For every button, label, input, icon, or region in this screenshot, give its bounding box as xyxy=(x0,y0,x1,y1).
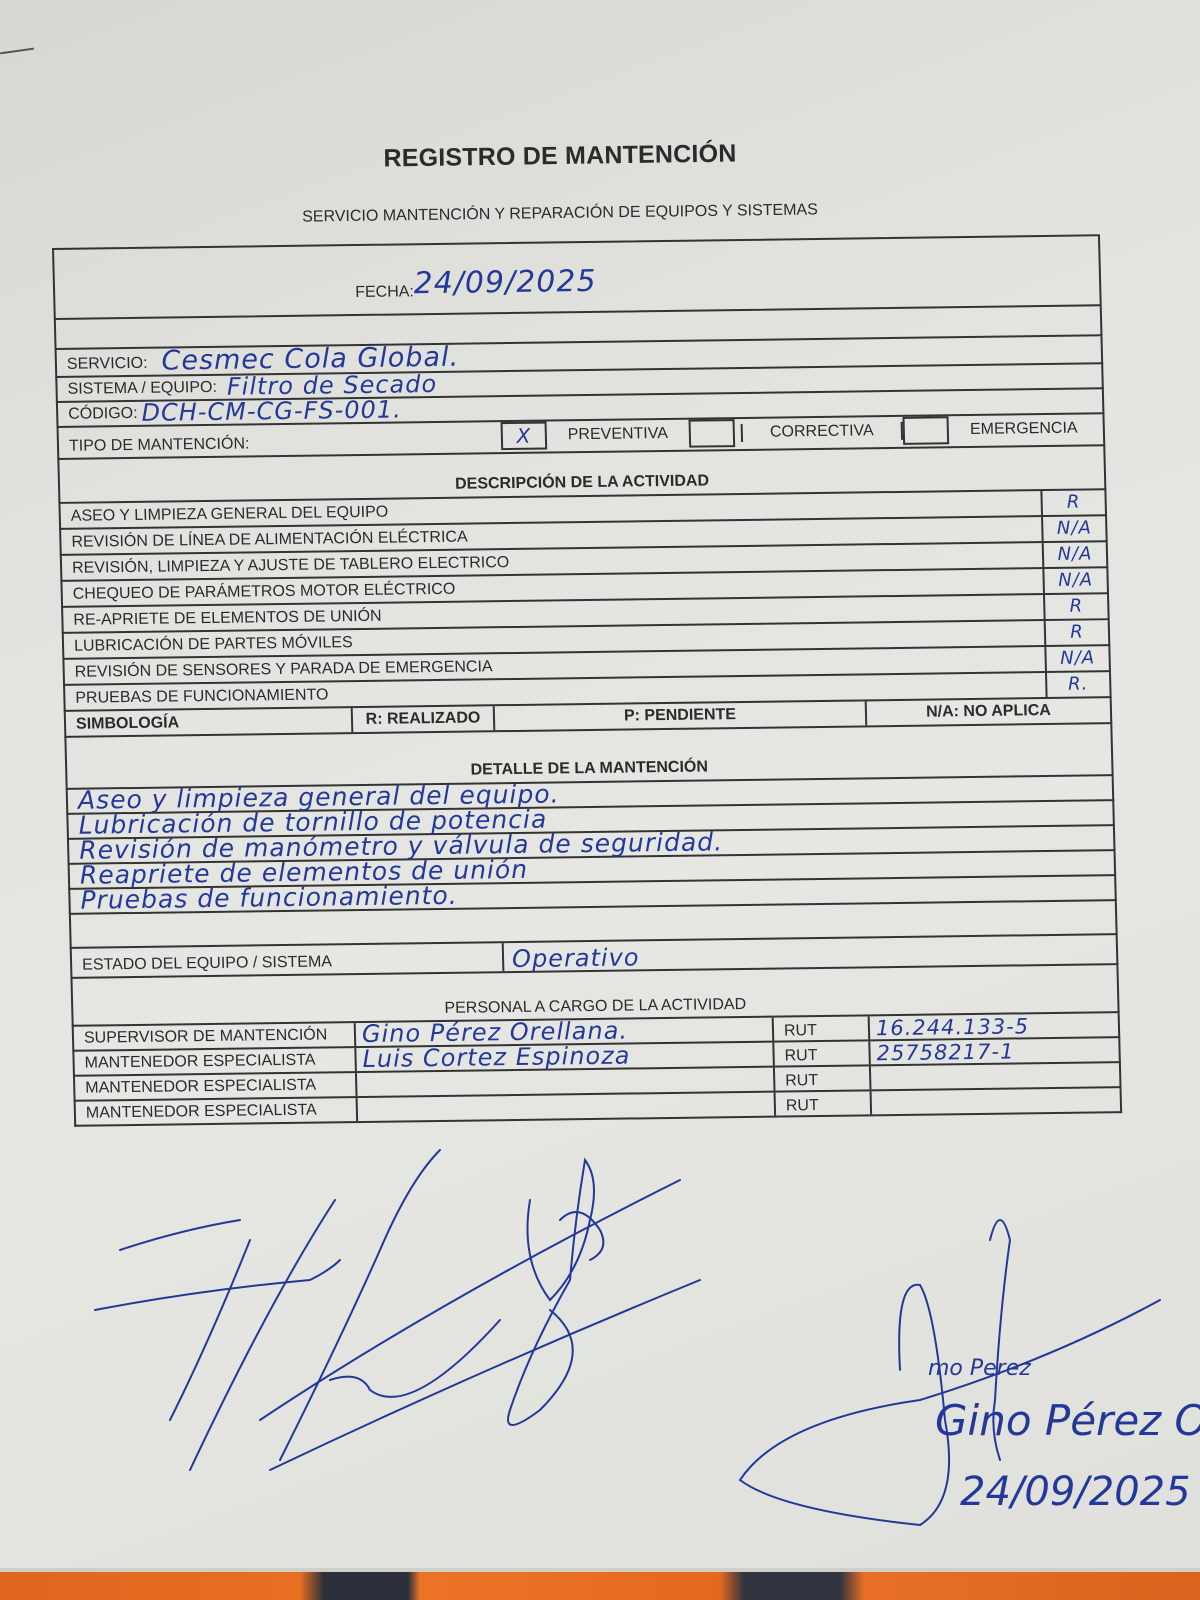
document-title: REGISTRO DE MANTENCIÓN xyxy=(0,134,1120,179)
personal-role: MANTENEDOR ESPECIALISTA xyxy=(74,1048,355,1075)
rut-label: RUT xyxy=(774,1091,873,1115)
actividad-label: PRUEBAS DE FUNCIONAMIENTO xyxy=(65,686,329,709)
actividad-list: ASEO Y LIMPIEZA GENERAL DEL EQUIPO RREVI… xyxy=(58,490,1111,712)
actividad-status: R xyxy=(1070,624,1084,642)
signature-date: 24/09/2025 xyxy=(960,1469,1191,1515)
emergencia-checkbox[interactable] xyxy=(902,416,949,445)
legend-pendiente: P: PENDIENTE xyxy=(495,701,868,730)
detalle-list: Aseo y limpieza general del equipo.Lubri… xyxy=(66,776,1117,915)
legend-no-aplica: N/A: NO APLICA xyxy=(867,698,1111,725)
correctiva-label: CORRECTIVA xyxy=(741,422,903,442)
personal-role: MANTENEDOR ESPECIALISTA xyxy=(75,1073,356,1100)
fecha-row: FECHA: 24/09/2025 xyxy=(52,234,1102,320)
actividad-status: R xyxy=(1069,598,1083,616)
preventiva-label: PREVENTIVA xyxy=(547,425,689,445)
actividad-status-cell[interactable]: R xyxy=(1044,620,1109,645)
actividad-status-cell[interactable]: R xyxy=(1040,490,1105,515)
actividad-label: REVISIÓN DE SENSORES Y PARADA DE EMERGEN… xyxy=(65,658,493,684)
signature-left xyxy=(80,1140,740,1480)
detalle-text[interactable]: Pruebas de funcionamiento. xyxy=(70,883,458,913)
emergencia-label: EMERGENCIA xyxy=(949,419,1099,439)
actividad-label: LUBRICACIÓN DE PARTES MÓVILES xyxy=(64,634,353,658)
rut-label: RUT xyxy=(772,1041,871,1065)
signature-right: mo Perez Gino Pérez O. 24/09/2025 xyxy=(720,1180,1200,1540)
personal-name[interactable] xyxy=(356,1093,775,1121)
rut-value[interactable] xyxy=(872,1088,1121,1114)
servicio-label: SERVICIO: xyxy=(57,355,148,376)
tipo-label: TIPO DE MANTENCIÓN: xyxy=(59,435,250,457)
personal-role: SUPERVISOR DE MANTENCIÓN xyxy=(74,1023,355,1050)
personal-list: SUPERVISOR DE MANTENCIÓN Gino Pérez Orel… xyxy=(72,1013,1122,1127)
actividad-status-cell[interactable]: N/A xyxy=(1042,542,1107,567)
actividad-status-cell[interactable]: N/A xyxy=(1042,568,1107,593)
signature-name: Gino Pérez O. xyxy=(935,1396,1200,1445)
rut-value[interactable]: 16.244.133-5 xyxy=(870,1013,1119,1039)
actividad-status-cell[interactable]: R. xyxy=(1045,672,1110,697)
actividad-label: RE-APRIETE DE ELEMENTOS DE UNIÓN xyxy=(63,608,382,632)
actividad-status: R xyxy=(1067,494,1081,512)
maintenance-form: FECHA: 24/09/2025 SERVICIO: Cesmec Cola … xyxy=(52,234,1122,1127)
actividad-label: ASEO Y LIMPIEZA GENERAL DEL EQUIPO xyxy=(61,504,389,528)
actividad-status-cell[interactable]: R xyxy=(1043,594,1108,619)
sistema-value[interactable]: Filtro de Secado xyxy=(227,372,438,399)
estado-value[interactable]: Operativo xyxy=(502,941,640,971)
personal-name[interactable] xyxy=(355,1068,774,1096)
actividad-status: N/A xyxy=(1058,571,1093,589)
personal-role: MANTENEDOR ESPECIALISTA xyxy=(76,1098,357,1125)
preventiva-checkbox[interactable]: X xyxy=(501,422,548,451)
estado-label: ESTADO DEL EQUIPO / SISTEMA xyxy=(72,951,502,977)
rut-label: RUT xyxy=(772,1016,871,1040)
actividad-status: N/A xyxy=(1060,649,1095,667)
rut-value[interactable]: 25758217-1 xyxy=(870,1038,1119,1064)
codigo-value[interactable]: DCH-CM-CG-FS-001. xyxy=(141,397,402,424)
fecha-label: FECHA: xyxy=(345,283,414,314)
legend-realizado: R: REALIZADO xyxy=(351,706,496,732)
signature-scribble: mo Perez xyxy=(928,1356,1031,1381)
document-subtitle: SERVICIO MANTENCIÓN Y REPARACIÓN DE EQUI… xyxy=(0,197,1120,231)
actividad-status: N/A xyxy=(1057,545,1092,563)
background-floor xyxy=(0,1572,1200,1600)
rut-label: RUT xyxy=(773,1066,872,1090)
personal-name[interactable]: Luis Cortez Espinoza xyxy=(354,1043,773,1071)
simbologia-label: SIMBOLOGÍA xyxy=(66,712,351,736)
correctiva-checkbox[interactable] xyxy=(689,419,736,448)
actividad-label: CHEQUEO DE PARÁMETROS MOTOR ELÉCTRICO xyxy=(63,581,456,606)
actividad-status: R. xyxy=(1068,675,1089,693)
rut-value[interactable] xyxy=(871,1063,1120,1089)
pen-stroke xyxy=(0,48,34,55)
actividad-status: N/A xyxy=(1057,519,1092,537)
codigo-label: CÓDIGO: xyxy=(58,405,138,426)
actividad-label: REVISIÓN DE LÍNEA DE ALIMENTACIÓN ELÉCTR… xyxy=(61,529,468,554)
fecha-value[interactable]: 24/09/2025 xyxy=(413,267,597,313)
actividad-status-cell[interactable]: N/A xyxy=(1041,516,1106,541)
actividad-status-cell[interactable]: N/A xyxy=(1044,646,1109,671)
